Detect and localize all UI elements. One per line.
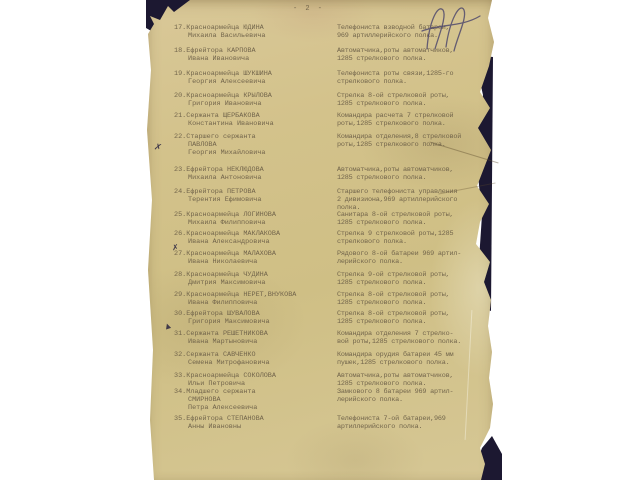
entry-name-line: 22.Старшего сержанта: [174, 133, 337, 141]
entry-unit-line: 1285 стрелкового полка.: [337, 100, 496, 108]
entry-name-line: 31.Сержанта РЕШЕТНИКОВА: [174, 330, 337, 338]
entry-unit-line: Рядового 8-ой батареи 969 артил-: [337, 250, 496, 258]
entry-unit: Санитара 8-ой стрелковой роты,1285 стрел…: [337, 211, 496, 227]
entry-unit-line: Стрелка 9-ой стрелковой роты,: [337, 271, 496, 279]
entry-unit: Стрелка 8-ой стрелковой роты,1285 стрелк…: [337, 291, 496, 307]
entry-unit: Командира отделения,8 стрелковойроты,128…: [337, 133, 496, 157]
entry-row: 31.Сержанта РЕШЕТНИКОВАИвана Мартыновича…: [174, 330, 496, 346]
entry-name: 22.Старшего сержантаПАВЛОВАГеоргия Михай…: [174, 133, 337, 157]
entry-name-line: 24.Ефрейтора ПЕТРОВА: [174, 188, 337, 196]
entry-name-line: 18.Ефрейтора КАРПОВА: [174, 47, 337, 55]
entry-row: 28.Красноармейца ЧУДИНАДмитрия Максимови…: [174, 271, 496, 287]
entry-name-line: Георгия Михайловича: [174, 149, 337, 157]
entry-unit: Автоматчика,роты автоматчиков,1285 стрел…: [337, 372, 496, 388]
entry-unit: Старшего телефониста управления2 дивизио…: [337, 188, 496, 212]
entry-row: 30.Ефрейтора ШУВАЛОВАГригория Максимович…: [174, 310, 496, 326]
entry-unit-line: Санитара 8-ой стрелковой роты,: [337, 211, 496, 219]
entry-row: 19.Красноармейца ШУКШИНАГеоргия Алексеев…: [174, 70, 496, 86]
entry-name-line: Михаила Филипповича: [174, 219, 337, 227]
entry-unit-line: 1285 стрелкового полка.: [337, 299, 496, 307]
entry-unit-line: роты,1285 стрелкового полка.: [337, 120, 496, 128]
entry-name-line: 23.Ефрейтора НЕКЛЮДОВА: [174, 166, 337, 174]
entry-name: 27.Красноармейца МАЛАХОВАИвана Николаеви…: [174, 250, 337, 266]
entry-unit-line: стрелкового полка.: [337, 78, 496, 86]
entry-unit-line: 1285 стрелкового полка.: [337, 219, 496, 227]
entry-name-line: Георгия Алексеевича: [174, 78, 337, 86]
entry-unit: Стрелка 9 стрелковой роты,1285стрелковог…: [337, 230, 496, 246]
entry-name: 17.Красноармейца ЮДИНАМихаила Васильевич…: [174, 24, 337, 40]
entry-name-line: Петра Алексеевича: [174, 404, 337, 412]
entry-unit-line: Командира орудия батареи 45 мм: [337, 351, 496, 359]
entry-row: 20.Красноармейца КРЫЛОВАГригория Иванови…: [174, 92, 496, 108]
entry-name: 29.Красноармейца НЕРЕТ,ВНУКОВАИвана Фили…: [174, 291, 337, 307]
entry-name-line: Анны Ивановны: [174, 423, 337, 431]
entry-name-line: Григория Максимовича: [174, 318, 337, 326]
entry-name-line: 27.Красноармейца МАЛАХОВА: [174, 250, 337, 258]
entry-name-line: Михаила Антоновича: [174, 174, 337, 182]
entry-name: 35.Ефрейтора СТЕПАНОВААнны Ивановны: [174, 415, 337, 431]
entry-row: 26.Красноармейца МАКЛАКОВАИвана Александ…: [174, 230, 496, 246]
entry-unit-line: лерийского полка.: [337, 258, 496, 266]
entry-row: 29.Красноармейца НЕРЕТ,ВНУКОВАИвана Фили…: [174, 291, 496, 307]
entry-row: 32.Сержанта САВЧЕНКОСемена Митрофановича…: [174, 351, 496, 367]
entry-name-line: 32.Сержанта САВЧЕНКО: [174, 351, 337, 359]
entry-name: 18.Ефрейтора КАРПОВАИвана Ивановича: [174, 47, 337, 63]
entry-unit-line: Автоматчика,роты автоматчиков,: [337, 166, 496, 174]
entry-name-line: 21.Сержанта ЩЕРБАКОВА: [174, 112, 337, 120]
entry-unit-line: 2 дивизиона,969 артиллерийского: [337, 196, 496, 204]
scanned-page-photo: - 2 - 17.Красноармейца ЮДИНАМихаила Васи…: [0, 0, 640, 480]
entry-unit-line: лерийского полка.: [337, 396, 496, 404]
entry-name-line: Терентия Ефимовича: [174, 196, 337, 204]
entry-unit: Автоматчика,роты автоматчиков,1285 стрел…: [337, 166, 496, 182]
entry-name-line: Дмитрия Максимовича: [174, 279, 337, 287]
entry-row: 35.Ефрейтора СТЕПАНОВААнны ИвановныТелеф…: [174, 415, 496, 431]
entry-name-line: Константина Ивановича: [174, 120, 337, 128]
entry-name-line: 30.Ефрейтора ШУВАЛОВА: [174, 310, 337, 318]
entry-name: 28.Красноармейца ЧУДИНАДмитрия Максимови…: [174, 271, 337, 287]
entry-name-line: Ивана Филипповича: [174, 299, 337, 307]
entry-name-line: 29.Красноармейца НЕРЕТ,ВНУКОВА: [174, 291, 337, 299]
entry-name: 31.Сержанта РЕШЕТНИКОВАИвана Мартыновича: [174, 330, 337, 346]
entry-unit-line: пушек,1285 стрелкового полка.: [337, 359, 496, 367]
award-list: 17.Красноармейца ЮДИНАМихаила Васильевич…: [174, 0, 496, 480]
entry-unit-line: 1285 стрелкового полка.: [337, 318, 496, 326]
entry-name: 32.Сержанта САВЧЕНКОСемена Митрофановича: [174, 351, 337, 367]
entry-row: 34.Младшего сержантаСМИРНОВАПетра Алексе…: [174, 388, 496, 412]
entry-name: 25.Красноармейца ЛОГИНОВАМихаила Филиппо…: [174, 211, 337, 227]
entry-row: 22.Старшего сержантаПАВЛОВАГеоргия Михай…: [174, 133, 496, 157]
entry-unit-line: артиллерийского полка.: [337, 423, 496, 431]
entry-name-line: 26.Красноармейца МАКЛАКОВА: [174, 230, 337, 238]
entry-name: 23.Ефрейтора НЕКЛЮДОВАМихаила Антоновича: [174, 166, 337, 182]
entry-name: 26.Красноармейца МАКЛАКОВАИвана Александ…: [174, 230, 337, 246]
entry-unit-line: Замкового 8 батареи 969 артил-: [337, 388, 496, 396]
entry-name-line: Ильи Петровича: [174, 380, 337, 388]
margin-check-mark: ✗: [171, 243, 179, 253]
entry-unit-line: вой роты,1285 стрелкового полка.: [337, 338, 496, 346]
entry-name-line: 19.Красноармейца ШУКШИНА: [174, 70, 337, 78]
entry-unit: Рядового 8-ой батареи 969 артил-лерийско…: [337, 250, 496, 266]
entry-row: 27.Красноармейца МАЛАХОВАИвана Николаеви…: [174, 250, 496, 266]
entry-name-line: 28.Красноармейца ЧУДИНА: [174, 271, 337, 279]
entry-row: 23.Ефрейтора НЕКЛЮДОВАМихаила Антоновича…: [174, 166, 496, 182]
entry-unit-line: стрелкового полка.: [337, 238, 496, 246]
entry-unit: Замкового 8 батареи 969 артил-лерийского…: [337, 388, 496, 412]
entry-unit: Телефониста 7-ой батареи,969артиллерийск…: [337, 415, 496, 431]
entry-unit-line: Командира расчета 7 стрелковой: [337, 112, 496, 120]
entry-unit: Стрелка 9-ой стрелковой роты,1285 стрелк…: [337, 271, 496, 287]
entry-name-line: Ивана Мартыновича: [174, 338, 337, 346]
entry-unit-line: Стрелка 8-ой стрелковой роты,: [337, 291, 496, 299]
entry-unit-line: Стрелка 8-ой стрелковой роты,: [337, 92, 496, 100]
entry-row: 33.Красноармейца СОКОЛОВАИльи ПетровичаА…: [174, 372, 496, 388]
entry-unit-line: Старшего телефониста управления: [337, 188, 496, 196]
entry-unit-line: 1285 стрелкового полка.: [337, 380, 496, 388]
entry-unit: Телефониста роты связи,1285-гострелковог…: [337, 70, 496, 86]
entry-unit: Стрелка 8-ой стрелковой роты,1285 стрелк…: [337, 92, 496, 108]
entry-unit-line: роты,1285 стрелкового полка.: [337, 141, 496, 149]
entry-name-line: 35.Ефрейтора СТЕПАНОВА: [174, 415, 337, 423]
entry-name-line: 34.Младшего сержанта: [174, 388, 337, 396]
entry-unit: Командира расчета 7 стрелковойроты,1285 …: [337, 112, 496, 128]
entry-name-line: 33.Красноармейца СОКОЛОВА: [174, 372, 337, 380]
entry-name: 21.Сержанта ЩЕРБАКОВАКонстантина Иванови…: [174, 112, 337, 128]
entry-name-line: Семена Митрофановича: [174, 359, 337, 367]
entry-name-line: 20.Красноармейца КРЫЛОВА: [174, 92, 337, 100]
entry-unit: Стрелка 8-ой стрелковой роты,1285 стрелк…: [337, 310, 496, 326]
entry-name-line: Ивана Александровича: [174, 238, 337, 246]
entry-name: 20.Красноармейца КРЫЛОВАГригория Иванови…: [174, 92, 337, 108]
entry-name-line: Ивана Ивановича: [174, 55, 337, 63]
entry-unit: Командира отделения 7 стрелко-вой роты,1…: [337, 330, 496, 346]
entry-name: 19.Красноармейца ШУКШИНАГеоргия Алексеев…: [174, 70, 337, 86]
entry-name: 30.Ефрейтора ШУВАЛОВАГригория Максимович…: [174, 310, 337, 326]
entry-name: 34.Младшего сержантаСМИРНОВАПетра Алексе…: [174, 388, 337, 412]
entry-name: 24.Ефрейтора ПЕТРОВАТерентия Ефимовича: [174, 188, 337, 212]
entry-unit-line: Стрелка 8-ой стрелковой роты,: [337, 310, 496, 318]
entry-unit-line: Автоматчика,роты автоматчиков,: [337, 372, 496, 380]
entry-row: 21.Сержанта ЩЕРБАКОВАКонстантина Иванови…: [174, 112, 496, 128]
entry-unit-line: 1285 стрелкового полка.: [337, 174, 496, 182]
entry-unit-line: Стрелка 9 стрелковой роты,1285: [337, 230, 496, 238]
entry-name-line: ПАВЛОВА: [174, 141, 337, 149]
entry-unit: Командира орудия батареи 45 ммпушек,1285…: [337, 351, 496, 367]
entry-unit-line: Командира отделения,8 стрелковой: [337, 133, 496, 141]
entry-unit-line: Телефониста 7-ой батареи,969: [337, 415, 496, 423]
entry-name-line: Михаила Васильевича: [174, 32, 337, 40]
entry-unit-line: 1285 стрелкового полка.: [337, 279, 496, 287]
entry-unit-line: Телефониста роты связи,1285-го: [337, 70, 496, 78]
entry-name-line: Григория Ивановича: [174, 100, 337, 108]
handwritten-signature-icon: [418, 1, 490, 57]
entry-row: 24.Ефрейтора ПЕТРОВАТерентия ЕфимовичаСт…: [174, 188, 496, 212]
entry-unit-line: Командира отделения 7 стрелко-: [337, 330, 496, 338]
entry-name-line: 25.Красноармейца ЛОГИНОВА: [174, 211, 337, 219]
entry-name-line: СМИРНОВА: [174, 396, 337, 404]
entry-name-line: Ивана Николаевича: [174, 258, 337, 266]
entry-name-line: 17.Красноармейца ЮДИНА: [174, 24, 337, 32]
entry-name: 33.Красноармейца СОКОЛОВАИльи Петровича: [174, 372, 337, 388]
entry-row: 25.Красноармейца ЛОГИНОВАМихаила Филиппо…: [174, 211, 496, 227]
